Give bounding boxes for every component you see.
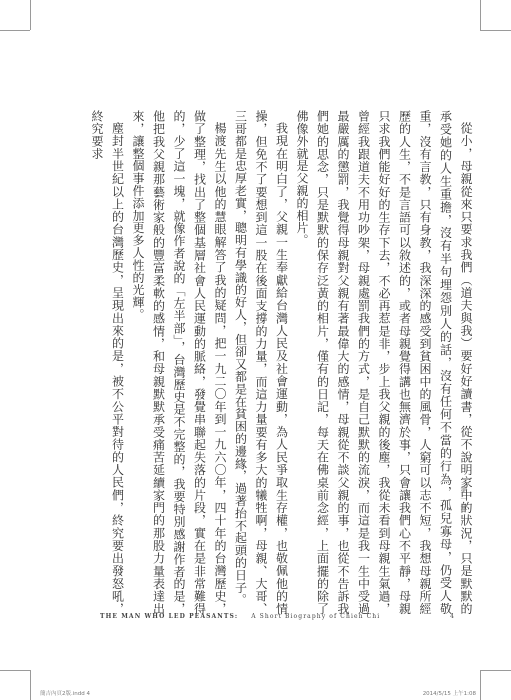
chapter-label: 第一章 [459, 486, 469, 513]
book-subtitle: A Short Biography of Chien Chi [251, 613, 380, 620]
paragraph: 從小，母親從來只要求我們（道夫與我）要好好讀書，從不說明家中的狀況，只是默默的承… [292, 110, 477, 615]
slug-timestamp: 2014/5/15 上午1:08 [423, 689, 476, 697]
paragraph: 塵封半世紀以上的台灣歷史，呈現出來的是，被不公平對待的人民們，終究要出發怒吼，終… [87, 110, 128, 615]
paragraph: 我現在明白了，父親一生奉獻給台灣人民及社會運動，為人民爭取生存權，也敬佩他的情操… [230, 110, 292, 615]
crop-mark-bottom-right-horizontal [481, 670, 511, 671]
page-number: 4 [450, 613, 455, 620]
crop-mark-top-right [480, 30, 511, 31]
paragraph: 楊渡先生以他的慧眼解答了我的疑問，把一九二〇年到一九六〇年，四十年的台灣歷史，做… [128, 110, 231, 615]
book-title-main: THE MAN WHO LED PEASANTS: [100, 613, 238, 620]
crop-mark-bottom-right [480, 670, 481, 700]
crop-mark-top-left [0, 30, 30, 31]
crop-mark-bottom-left-horizontal [0, 670, 30, 671]
body-text: 從小，母親從來只要求我們（道夫與我）要好好讀書，從不說明家中的狀況，只是默默的承… [104, 110, 476, 615]
running-footer: THE MAN WHO LED PEASANTS: A Short Biogra… [100, 613, 455, 620]
crop-mark-top-left-vertical [30, 0, 31, 30]
book-title: THE MAN WHO LED PEASANTS: A Short Biogra… [100, 613, 380, 620]
crop-mark-top-right-vertical [480, 0, 481, 30]
crop-mark-bottom-left [30, 670, 31, 700]
slug-file-name: 簡吉內頁2版.indd 4 [40, 689, 90, 697]
